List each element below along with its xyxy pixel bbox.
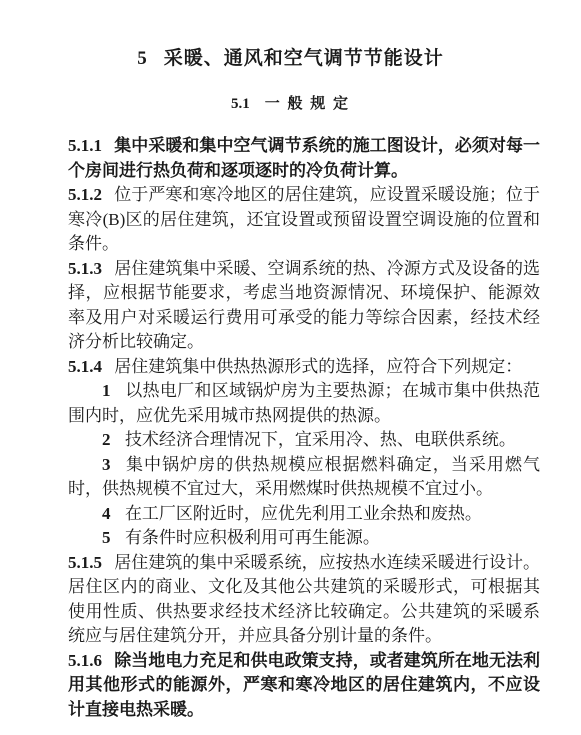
section-heading: 5.1一 般 规 定 [0,73,581,115]
clause-5.1.5: 5.1.5居住建筑的集中采暖系统，应按热水连续采暖进行设计。居住区内的商业、文化… [68,551,540,649]
clause-5.1.4-item-1: 1以热电厂和区域锅炉房为主要热源；在城市集中供热范围内时，应优先采用城市热网提供… [68,379,540,428]
clause-text: 居住建筑集中供热热源形式的选择，应符合下列规定： [114,357,522,376]
clause-number: 5.1.5 [68,553,102,572]
item-text: 集中锅炉房的供热规模应根据燃料确定，当采用燃气时，供热规模不宜过大，采用燃煤时供… [68,455,540,499]
item-number: 4 [102,504,111,523]
item-number: 3 [102,455,111,474]
clause-number: 5.1.6 [68,651,102,670]
item-text: 以热电厂和区域锅炉房为主要热源；在城市集中供热范围内时，应优先采用城市热网提供的… [68,381,540,425]
clause-5.1.2: 5.1.2位于严寒和寒冷地区的居住建筑，应设置采暖设施；位于寒冷(B)区的居住建… [68,183,540,257]
clause-5.1.1: 5.1.1集中采暖和集中空气调节系统的施工图设计，必须对每一个房间进行热负荷和逐… [68,134,540,183]
item-number: 1 [102,381,111,400]
clause-5.1.4-item-3: 3集中锅炉房的供热规模应根据燃料确定，当采用燃气时，供热规模不宜过大，采用燃煤时… [68,453,540,502]
clause-number: 5.1.2 [68,185,102,204]
clause-number: 5.1.3 [68,259,102,278]
chapter-number: 5 [137,48,147,69]
clause-text: 居住建筑集中采暖、空调系统的热、冷源方式及设备的选择，应根据节能要求，考虑当地资… [68,259,540,352]
clause-5.1.4-item-5: 5有条件时应积极利用可再生能源。 [68,526,540,551]
item-text: 技术经济合理情况下，宜采用冷、热、电联供系统。 [125,430,516,449]
clause-5.1.4-item-2: 2技术经济合理情况下，宜采用冷、热、电联供系统。 [68,428,540,453]
clause-number: 5.1.4 [68,357,102,376]
section-number: 5.1 [231,96,250,112]
chapter-title: 5采暖、通风和空气调节节能设计 [0,0,581,73]
clause-text: 集中采暖和集中空气调节系统的施工图设计，必须对每一个房间进行热负荷和逐项逐时的冷… [68,136,540,180]
section-heading-text: 一 般 规 定 [265,96,350,112]
item-number: 5 [102,528,111,547]
body-text: 5.1.1集中采暖和集中空气调节系统的施工图设计，必须对每一个房间进行热负荷和逐… [68,134,540,722]
clause-5.1.6: 5.1.6除当地电力充足和供电政策支持，或者建筑所在地无法利用其他形式的能源外，… [68,649,540,723]
clause-text: 除当地电力充足和供电政策支持，或者建筑所在地无法利用其他形式的能源外，严寒和寒冷… [68,651,540,719]
item-text: 在工厂区附近时，应优先利用工业余热和废热。 [125,504,482,523]
clause-5.1.4: 5.1.4居住建筑集中供热热源形式的选择，应符合下列规定： [68,355,540,380]
chapter-title-text: 采暖、通风和空气调节节能设计 [164,48,444,69]
clause-text: 居住建筑的集中采暖系统，应按热水连续采暖进行设计。居住区内的商业、文化及其他公共… [68,553,540,646]
item-text: 有条件时应积极利用可再生能源。 [125,528,380,547]
clause-5.1.4-item-4: 4在工厂区附近时，应优先利用工业余热和废热。 [68,502,540,527]
clause-text: 位于严寒和寒冷地区的居住建筑，应设置采暖设施；位于寒冷(B)区的居住建筑，还宜设… [68,185,540,253]
item-number: 2 [102,430,111,449]
clause-5.1.3: 5.1.3居住建筑集中采暖、空调系统的热、冷源方式及设备的选择，应根据节能要求，… [68,257,540,355]
document-page: 5采暖、通风和空气调节节能设计 5.1一 般 规 定 5.1.1集中采暖和集中空… [0,0,581,735]
clause-number: 5.1.1 [68,136,102,155]
